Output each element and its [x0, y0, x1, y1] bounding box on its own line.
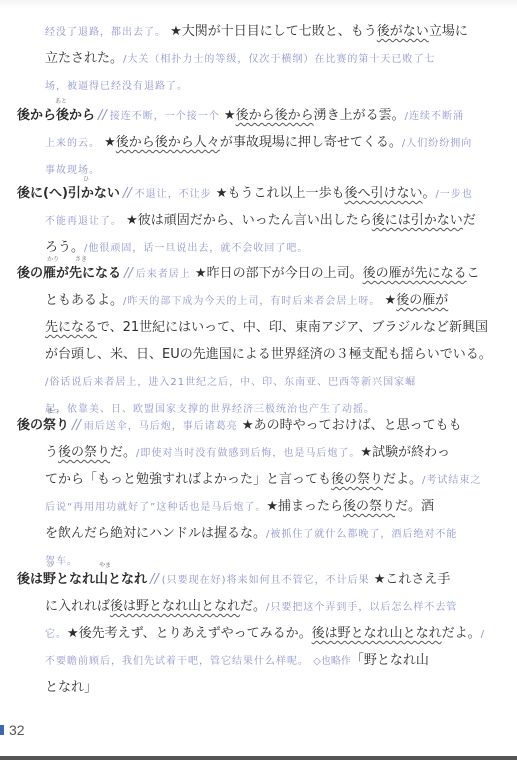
example-sentence-end: だよ。 — [442, 626, 481, 641]
example-sentence-end: だ。 — [240, 599, 266, 614]
page-footer: 32 — [0, 722, 25, 738]
example-sentence: ★試験が終わっ — [360, 445, 450, 460]
example-sentence: 立たされた。 — [45, 51, 123, 66]
example-sentence: ★大関が十日目にして七敗と、もう — [170, 24, 377, 39]
headword-text: 後から後から — [17, 108, 95, 123]
chinese-translation: /被抓住了就什么都晚了，酒后绝对不能 — [266, 529, 457, 540]
star-marker: ★ — [385, 293, 397, 308]
separator: // — [123, 186, 132, 201]
example-sentence: を飲んだら絶対にハンドルは握るな。 — [45, 526, 266, 541]
highlighted-phrase: 後の祭り — [343, 499, 395, 514]
chinese-translation: /即使对当时没有做感到后悔，也是马后炮了。 — [136, 448, 360, 459]
furigana: かり — [47, 257, 59, 263]
chinese-translation: 上来的云。 — [45, 138, 100, 149]
highlighted-phrase: 後がない — [377, 24, 429, 39]
chinese-translation: 不能再退让了。 — [45, 216, 122, 227]
entry-ato-no-matsuri: まつ後の祭り//雨后送伞，马后炮，事后诸葛亮 ★あの時やっておけば、と思ってもも… — [17, 412, 487, 574]
headword-text: 後の雁が先になる — [17, 266, 121, 281]
chinese-translation: /连续不断涌 — [405, 111, 464, 122]
bottom-edge — [0, 756, 517, 760]
chinese-translation: /俗话说后来者居上，进入21世纪之后，中、印、东南亚、巴西等新兴国家崛 — [45, 377, 416, 388]
separator: // — [150, 572, 159, 587]
example-sentence: ★あの時やっておけば、と思ってもも — [242, 418, 462, 433]
page-top-edge — [0, 0, 517, 8]
separator: // — [98, 108, 107, 123]
example-sentence: が台頭し、米、日、EUの先進国による世界経済の３極支配も揺らいでいる。 — [45, 347, 492, 362]
highlighted-phrase: 後から後から人々 — [116, 135, 220, 150]
meaning: (只要现在好)将来如何且不管它，不计后果 — [162, 575, 370, 586]
headword-text: 後は野となれ山となれ — [17, 572, 147, 587]
entry-ato-wa-no-to-nare: のやま後は野となれ山となれ//(只要现在好)将来如何且不管它，不计后果 ★これさ… — [17, 566, 487, 701]
meaning: 雨后送伞，马后炮，事后诸葛亮 — [84, 421, 238, 432]
example-sentence: ★後先考えず、とりあえずやってみるか。 — [67, 626, 312, 641]
example-sentence: で、21世紀にはいって、中、印、東南アジア、ブラジルなど新興国 — [97, 320, 488, 335]
chinese-translation: /一步也 — [435, 189, 472, 200]
example-sentence: ろう。 — [45, 240, 84, 255]
headword: まつ後の祭り — [17, 418, 69, 433]
chinese-translation: /他很顽固，话一旦说出去，就不会收回了吧。 — [84, 243, 308, 254]
example-sentence: ★これさえ手 — [374, 572, 451, 587]
variant-form: となれ」 — [45, 680, 97, 695]
book-page: 经没了退路，都出去了。 ★大関が十日目にして七敗と、もう後がない立場に 立たされ… — [0, 0, 517, 760]
highlighted-phrase: 後は野となれ山となれ — [312, 626, 442, 641]
meaning: 接连不断，一个接一个 — [110, 111, 220, 122]
example-sentence-end: が事故現場に押し寄せてくる。 — [220, 135, 402, 150]
variant-note: ◇也略作 — [313, 656, 351, 667]
example-sentence-end: だ — [463, 213, 476, 228]
example-sentence: ★昨日の部下が今日の上司。 — [195, 266, 363, 281]
chinese-translation: /考试结束之 — [422, 475, 481, 486]
chinese-translation: / — [481, 629, 485, 640]
example-sentence-end: 立場に — [429, 24, 468, 39]
highlighted-phrase: 後には引かない — [372, 213, 463, 228]
separator: // — [124, 266, 133, 281]
entry-ato-ni-hikanai: ひ後に(へ)引かない//不退让，不让步 ★もうこれ以上一歩も後へ引けない。/一步… — [17, 180, 487, 261]
entry-ato-no-kari: かりさき後の雁が先になる//后来者居上 ★昨日の部下が今日の上司。後の雁が先にな… — [17, 260, 487, 422]
highlighted-phrase: 後へ引けない — [344, 186, 422, 201]
headword-text: 後に(へ)引かない — [17, 186, 120, 201]
example-sentence: ともあるよ。 — [45, 293, 123, 308]
chinese-translation: 它。 — [45, 629, 67, 640]
example-sentence-end: だ。酒 — [395, 499, 434, 514]
highlighted-phrase: 後の祭り — [58, 445, 110, 460]
example-sentence-end: 。 — [422, 186, 435, 201]
furigana: さき — [75, 257, 87, 263]
meaning: 不退让，不让步 — [135, 189, 212, 200]
headword: かりさき後の雁が先になる — [17, 266, 121, 281]
example-sentence-end: だよ。 — [383, 472, 422, 487]
star-marker: ★ — [104, 135, 116, 150]
furigana: あと — [55, 99, 67, 105]
example-sentence: に入れれば — [45, 599, 110, 614]
example-sentence: ★彼は頑固だから、いったん言い出したら — [126, 213, 372, 228]
chinese-translation: 场，被逼得已经没有退路了。 — [45, 81, 188, 92]
chinese-translation: /人们纷纷拥向 — [402, 138, 472, 149]
highlighted-phrase: 後の祭り — [331, 472, 383, 487]
highlighted-phrase: 後の雁が先になる — [363, 266, 467, 281]
page-marker-icon — [0, 725, 4, 735]
page-number: 32 — [9, 722, 25, 738]
chinese-translation: 不要瞻前顾后，我们先试着干吧，管它结果什么样呢。 — [45, 656, 309, 667]
highlighted-phrase: 後は野となれ山となれ — [110, 599, 240, 614]
example-sentence-end: だ。 — [110, 445, 136, 460]
example-sentence: ★ — [224, 108, 236, 123]
chinese-translation: /大关（相扑力士的等级，仅次于横纲）在比赛的第十天已败了七 — [123, 54, 435, 65]
chinese-translation: 事故现场。 — [45, 165, 100, 176]
highlighted-phrase: 後から後から — [236, 108, 314, 123]
example-sentence: ★捕まったら — [266, 499, 343, 514]
example-sentence: ★もうこれ以上一歩も — [216, 186, 345, 201]
chinese-translation: /只要把这个弄到手，以后怎么样不去管 — [266, 602, 457, 613]
chinese-translation: 后说“再用用功就好了”这种话也是马后炮了。 — [45, 502, 266, 513]
furigana: の — [47, 563, 53, 569]
example-sentence: う — [45, 445, 58, 460]
meaning: 后来者居上 — [136, 269, 191, 280]
highlighted-phrase: 先になる — [45, 320, 97, 335]
example-sentence-end: こ — [467, 266, 480, 281]
example-sentence: てから「もっと勉強すればよかった」と言っても — [45, 472, 331, 487]
entry-continuation: 经没了退路，都出去了。 ★大関が十日目にして七敗と、もう後がない立場に 立たされ… — [17, 18, 487, 99]
chinese-translation: 经没了退路，都出去了。 — [45, 27, 166, 38]
headword: ひ後に(へ)引かない — [17, 186, 120, 201]
example-sentence-end: 湧き上がる雲。 — [314, 108, 405, 123]
headword: あと後から後から — [17, 108, 95, 123]
furigana: やま — [99, 563, 111, 569]
entry-ato-kara-ato-kara: あと後から後から//接连不断，一个接一个 ★後から後から湧き上がる雲。/连续不断… — [17, 102, 487, 183]
furigana: ひ — [83, 177, 89, 183]
variant-form: 「野となれ山 — [351, 653, 429, 668]
separator: // — [72, 418, 81, 433]
chinese-translation: /昨天的部下成为今天的上司，有时后来者会居上呀。 — [123, 296, 380, 307]
highlighted-phrase: 後の雁が — [396, 293, 448, 308]
headword-text: 後の祭り — [17, 418, 69, 433]
furigana: まつ — [47, 409, 59, 415]
headword: のやま後は野となれ山となれ — [17, 572, 147, 587]
